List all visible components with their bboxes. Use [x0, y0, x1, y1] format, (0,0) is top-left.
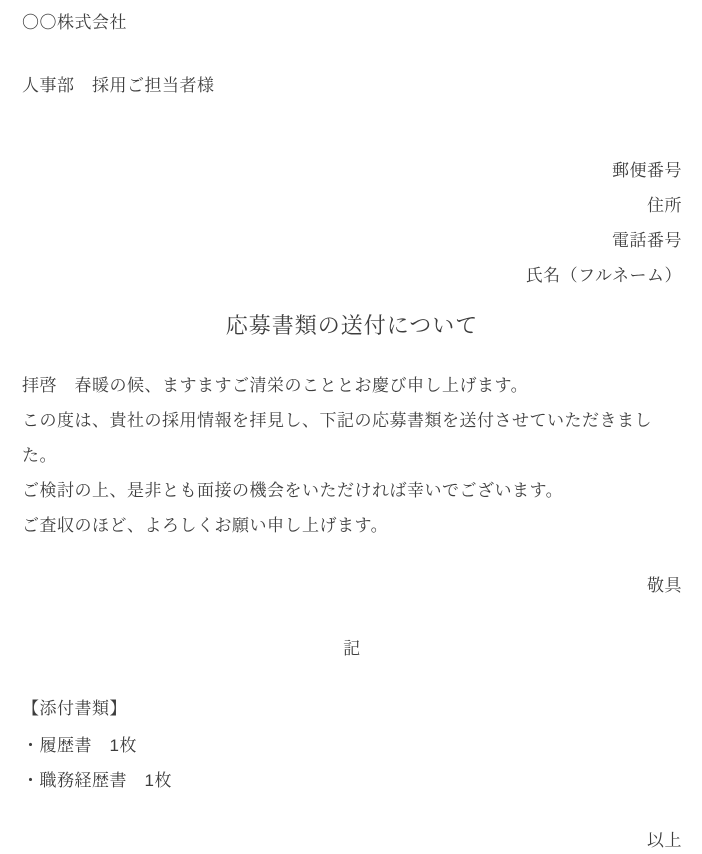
document-title: 応募書類の送付について [22, 308, 682, 343]
sender-phone-number: 電話番号 [22, 223, 682, 258]
attachments-list: ・履歴書 1枚 ・職務経歴書 1枚 [22, 728, 682, 798]
body-greeting-line: 拝啓 春暖の候、ますますご清栄のこととお慶び申し上げます。 [22, 368, 682, 403]
end-marker: 以上 [22, 823, 682, 854]
attachment-item-resume: ・履歴書 1枚 [22, 728, 682, 763]
recipient-department: 人事部 採用ご担当者様 [22, 68, 682, 103]
record-marker: 記 [22, 631, 682, 666]
sender-postal-code: 郵便番号 [22, 153, 682, 188]
body-closing-request-line: ご査収のほど、よろしくお願い申し上げます。 [22, 508, 682, 543]
body-purpose-line: この度は、貴社の採用情報を拝見し、下記の応募書類を送付させていただきました。 [22, 403, 682, 473]
closing-salutation: 敬具 [22, 568, 682, 603]
recipient-company: 〇〇株式会社 [22, 5, 682, 40]
attachments-heading: 【添付書類】 [22, 691, 682, 726]
attachment-item-work-history: ・職務経歴書 1枚 [22, 763, 682, 798]
sender-info-block: 郵便番号 住所 電話番号 氏名（フルネーム） [22, 153, 682, 293]
letter-body: 拝啓 春暖の候、ますますご清栄のこととお慶び申し上げます。 この度は、貴社の採用… [22, 368, 682, 543]
sender-full-name: 氏名（フルネーム） [22, 258, 682, 293]
application-cover-letter: 〇〇株式会社 人事部 採用ご担当者様 郵便番号 住所 電話番号 氏名（フルネーム… [0, 0, 702, 854]
body-request-line: ご検討の上、是非とも面接の機会をいただければ幸いでございます。 [22, 473, 682, 508]
sender-address: 住所 [22, 188, 682, 223]
